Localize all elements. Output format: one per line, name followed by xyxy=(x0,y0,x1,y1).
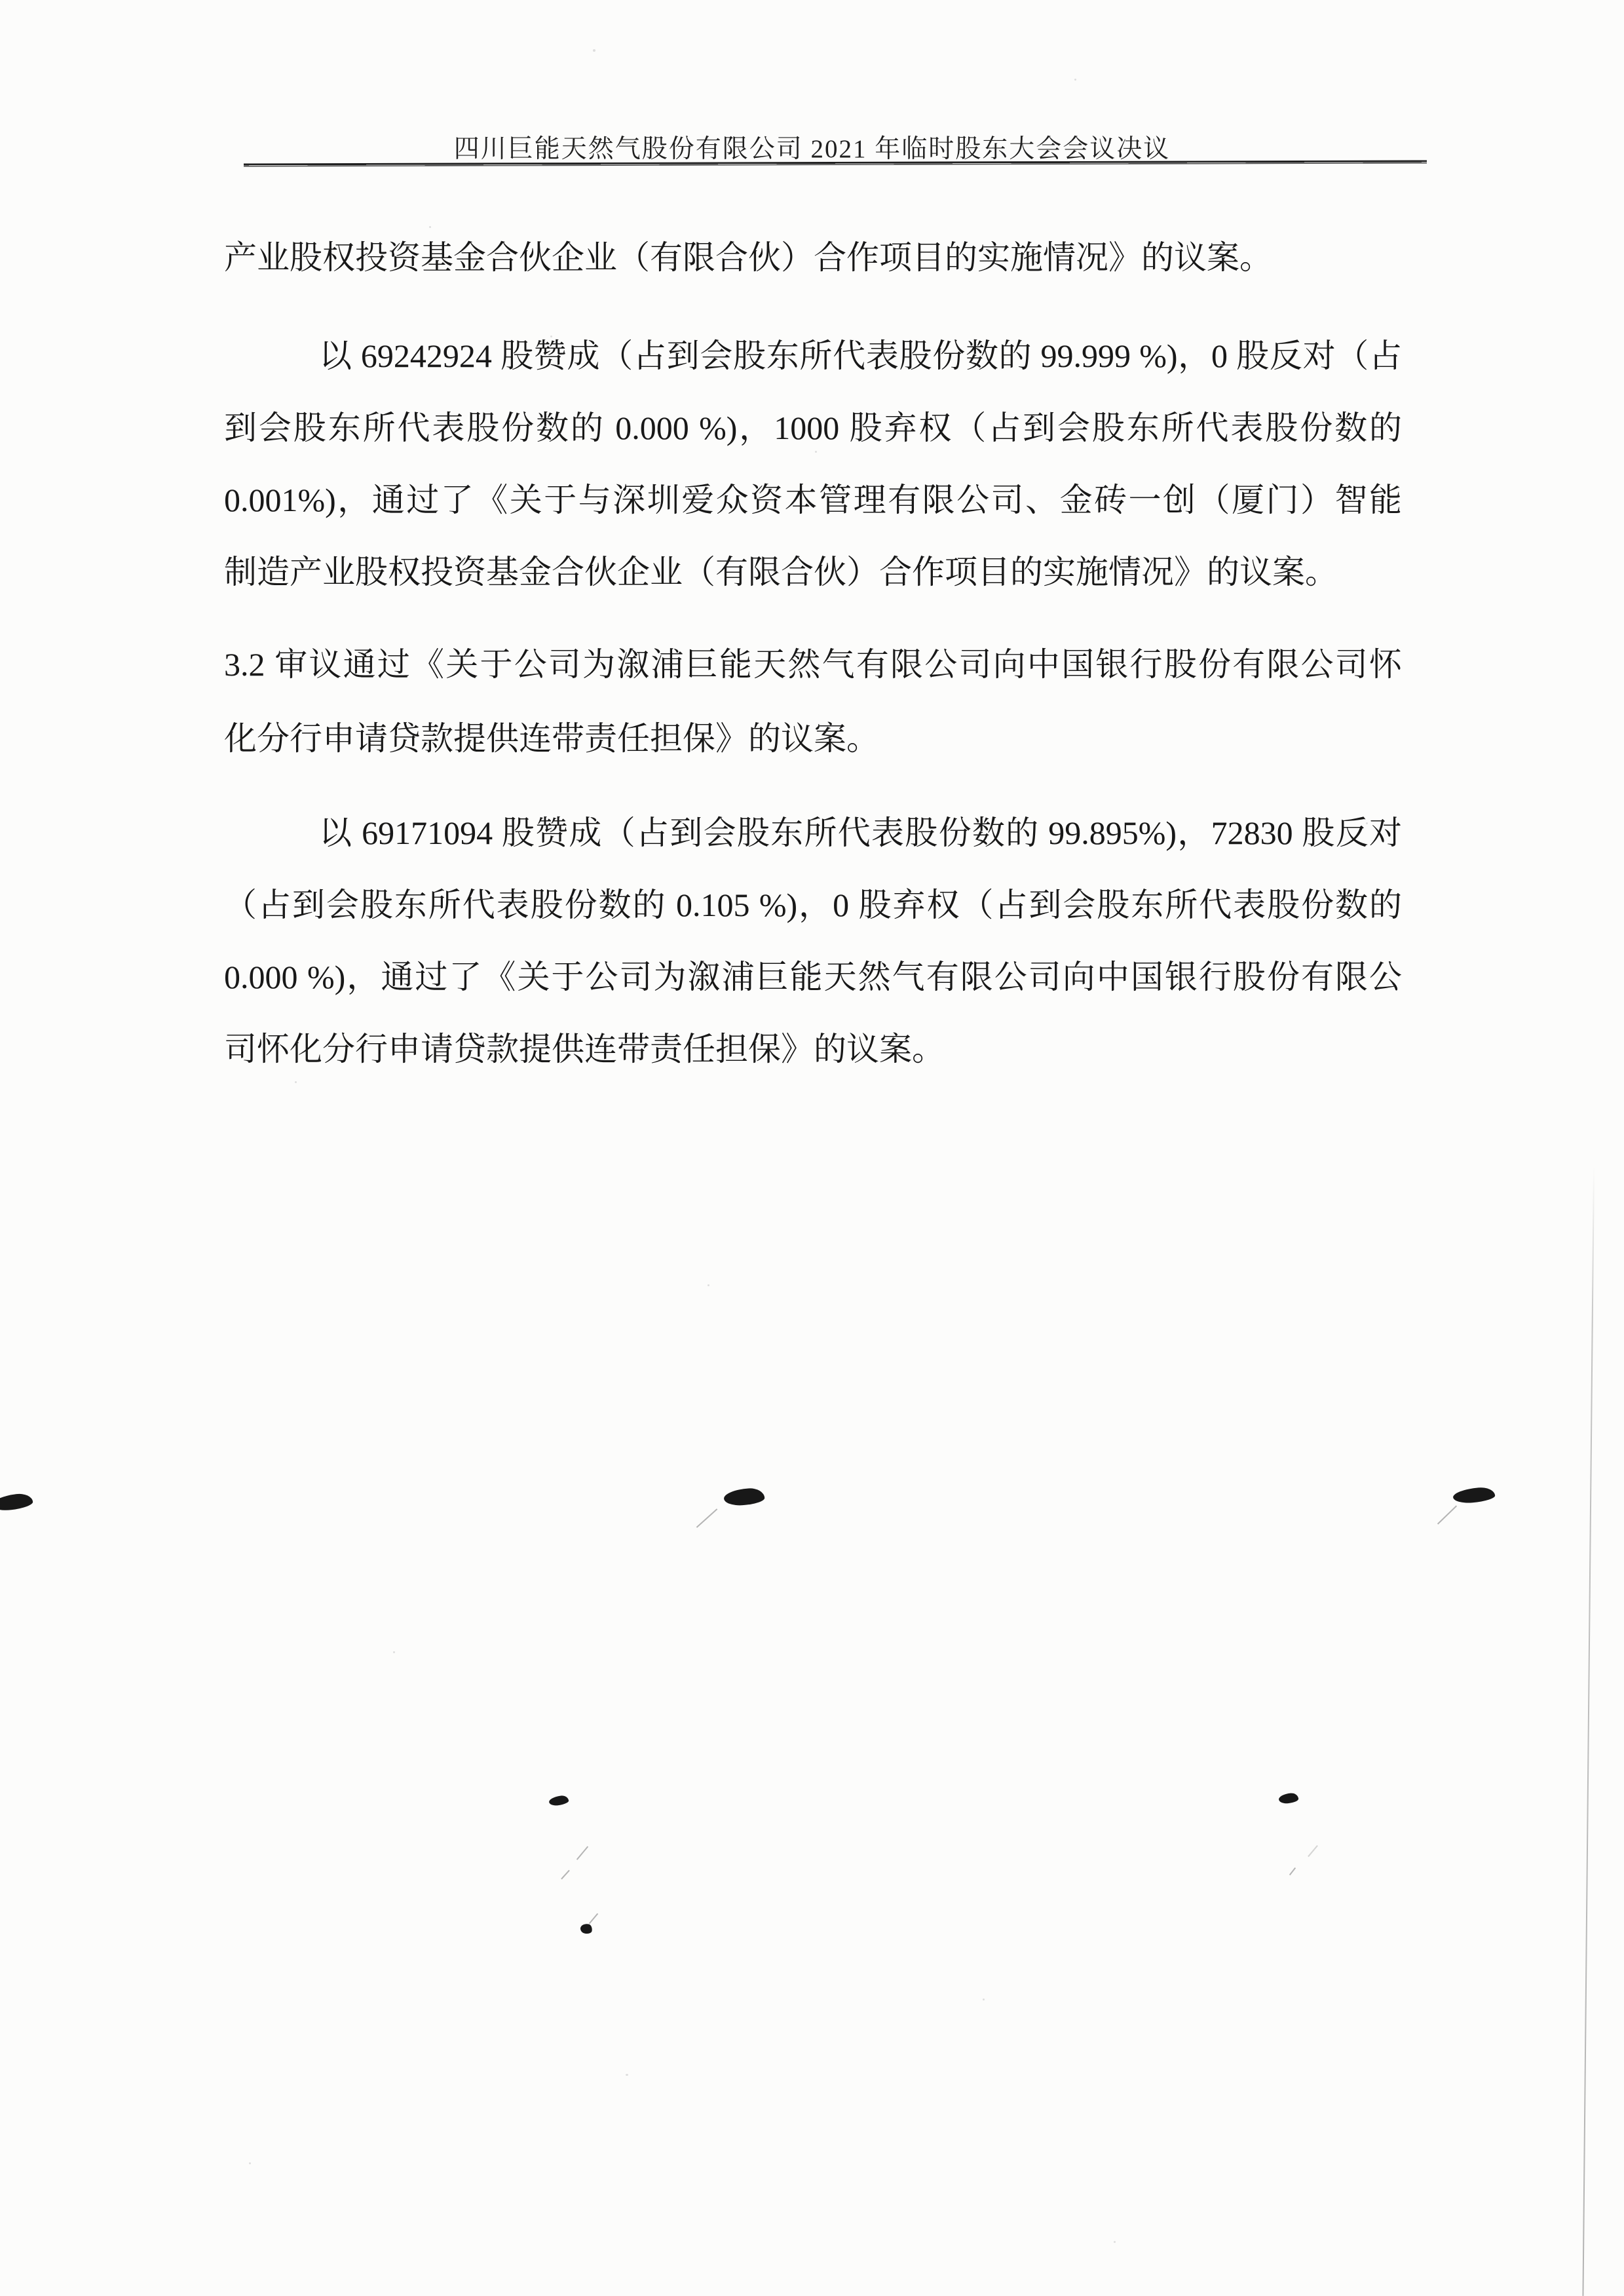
scan-speckle xyxy=(708,1284,709,1286)
scan-speckle xyxy=(1074,79,1076,81)
ink-smudge xyxy=(1278,1792,1298,1804)
doc-line: 到会股东所代表股份数的 0.000 %)，1000 股弃权（占到会股东所代表股份… xyxy=(224,392,1402,464)
ink-smudge xyxy=(1452,1486,1496,1504)
ink-smudge xyxy=(723,1487,765,1506)
paragraph: 以 69242924 股赞成（占到会股东所代表股份数的 99.999 %)，0 … xyxy=(224,320,1402,608)
doc-line: 0.000 %)，通过了《关于公司为溆浦巨能天然气有限公司向中国银行股份有限公 xyxy=(224,941,1402,1013)
scan-speckle xyxy=(983,1999,985,2000)
scan-speckle xyxy=(1114,2241,1116,2243)
scan-speckle xyxy=(1173,649,1175,651)
document-header-title: 四川巨能天然气股份有限公司 2021 年临时股东大会会议决议 xyxy=(0,128,1624,165)
scan-speckle xyxy=(295,1081,297,1083)
doc-line: （占到会股东所代表股份数的 0.105 %)，0 股弃权（占到会股东所代表股份数… xyxy=(224,869,1402,941)
doc-line: 以 69171094 股赞成（占到会股东所代表股份数的 99.895%)，728… xyxy=(224,797,1402,869)
doc-line: 司怀化分行申请贷款提供连带责任担保》的议案。 xyxy=(224,1013,1402,1085)
ink-smudge xyxy=(0,1492,33,1512)
ink-smudge-tail xyxy=(576,1846,588,1860)
doc-line: 化分行申请贷款提供连带责任担保》的议案。 xyxy=(224,702,1402,776)
scan-edge-line xyxy=(1582,1166,1595,2296)
ink-smudge-tail xyxy=(1289,1867,1296,1875)
scan-speckle xyxy=(429,226,431,228)
ink-smudge-tail xyxy=(1437,1505,1457,1524)
ink-smudge xyxy=(548,1795,569,1807)
scan-speckle xyxy=(815,451,817,453)
ink-smudge-tail xyxy=(696,1508,718,1528)
doc-line: 3.2 审议通过《关于公司为溆浦巨能天然气有限公司向中国银行股份有限公司怀 xyxy=(224,628,1402,702)
doc-line: 产业股权投资基金合伙企业（有限合伙）合作项目的实施情况》的议案。 xyxy=(224,221,1402,294)
section-heading: 3.2 审议通过《关于公司为溆浦巨能天然气有限公司向中国银行股份有限公司怀 化分… xyxy=(224,628,1402,776)
doc-line: 制造产业股权投资基金合伙企业（有限合伙）合作项目的实施情况》的议案。 xyxy=(224,536,1402,608)
doc-line: 0.001%)，通过了《关于与深圳爱众资本管理有限公司、金砖一创（厦门）智能 xyxy=(224,464,1402,536)
paragraph: 以 69171094 股赞成（占到会股东所代表股份数的 99.895%)，728… xyxy=(224,797,1402,1085)
doc-line: 以 69242924 股赞成（占到会股东所代表股份数的 99.999 %)，0 … xyxy=(224,320,1402,392)
ink-smudge-tail xyxy=(589,1913,598,1924)
ink-smudge xyxy=(580,1923,593,1935)
scan-speckle xyxy=(393,1651,395,1653)
ink-smudge-tail xyxy=(561,1870,570,1880)
scanned-page: 四川巨能天然气股份有限公司 2021 年临时股东大会会议决议 产业股权投资基金合… xyxy=(0,0,1624,2296)
scan-speckle xyxy=(626,2074,628,2076)
scan-speckle xyxy=(249,2162,251,2164)
ink-smudge-tail xyxy=(1308,1845,1318,1857)
scan-speckle xyxy=(550,335,552,337)
scan-speckle xyxy=(1366,822,1368,824)
paragraph: 产业股权投资基金合伙企业（有限合伙）合作项目的实施情况》的议案。 xyxy=(224,221,1402,294)
scan-speckle xyxy=(593,49,595,52)
